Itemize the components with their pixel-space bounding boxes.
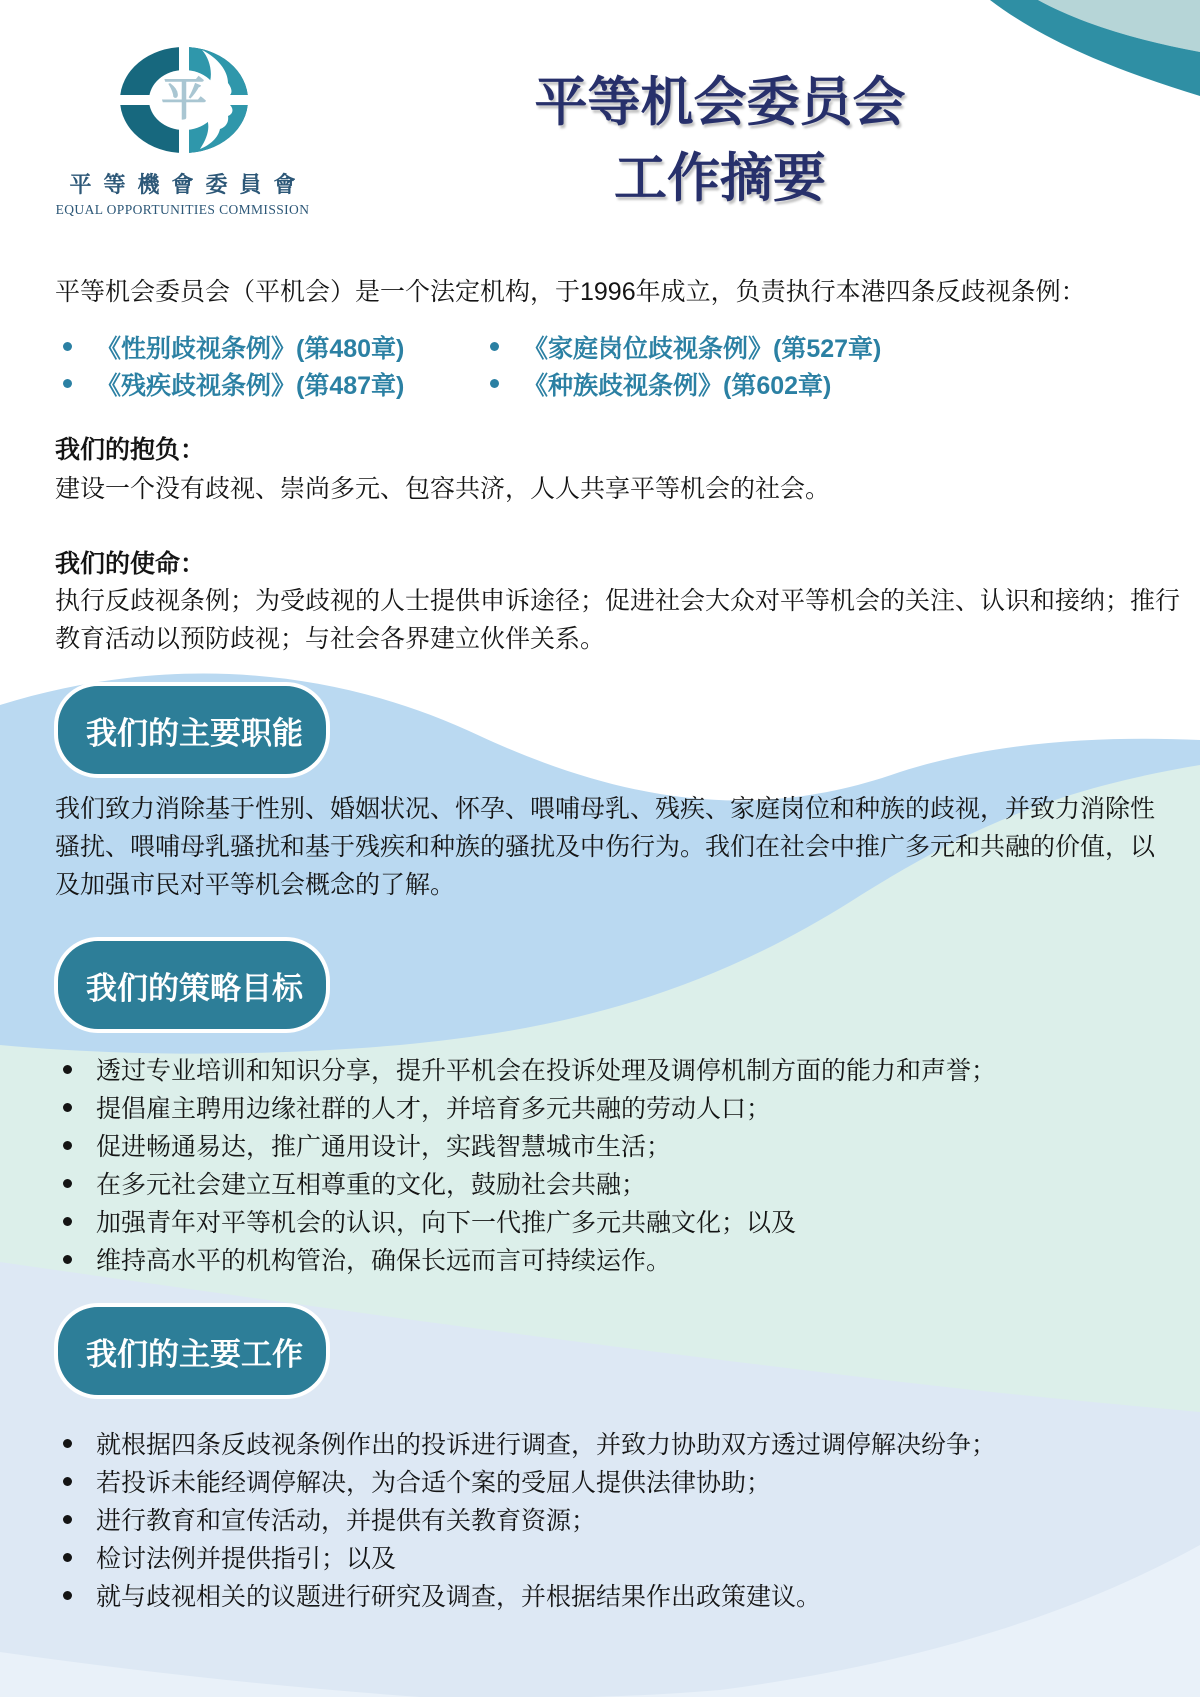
bullet-dot bbox=[490, 342, 499, 351]
work-item: 就与歧视相关的议题进行研究及调查，并根据结果作出政策建议。 bbox=[55, 1576, 821, 1614]
ordinance-item: 《性别歧视条例》(第480章) bbox=[55, 328, 404, 365]
bullet-dot bbox=[63, 342, 72, 351]
ordinance-label: 《残疾歧视条例》(第487章) bbox=[96, 366, 404, 402]
functions-line: 我们致力消除基于性别、婚姻状况、怀孕、喂哺母乳、残疾、家庭岗位和种族的歧视，并致… bbox=[55, 790, 1155, 828]
logo-ping-glyph: 平 bbox=[161, 73, 207, 125]
page-title-line2: 工作摘要 bbox=[470, 141, 970, 217]
ordinance-label: 《种族歧视条例》(第602章) bbox=[523, 366, 831, 402]
section-badge-work: 我们的主要工作 bbox=[54, 1303, 330, 1399]
mission-line: 执行反歧视条例；为受歧视的人士提供申诉途径；促进社会大众对平等机会的关注、认识和… bbox=[55, 582, 1180, 620]
ordinance-item: 《残疾歧视条例》(第487章) bbox=[55, 365, 404, 402]
vision-heading: 我们的抱负： bbox=[55, 430, 205, 466]
functions-line: 及加强市民对平等机会概念的了解。 bbox=[55, 866, 1155, 904]
bullet-dot bbox=[63, 1179, 72, 1188]
goal-label: 在多元社会建立互相尊重的文化，鼓励社会共融； bbox=[96, 1165, 646, 1201]
bullet-dot bbox=[63, 1477, 72, 1486]
functions-line: 骚扰、喂哺母乳骚扰和基于残疾和种族的骚扰及中伤行为。我们在社会中推广多元和共融的… bbox=[55, 828, 1155, 866]
work-label: 就与歧视相关的议题进行研究及调查，并根据结果作出政策建议。 bbox=[96, 1577, 821, 1613]
work-item: 就根据四条反歧视条例作出的投诉进行调查，并致力协助双方透过调停解决纷争； bbox=[55, 1424, 996, 1462]
bullet-dot bbox=[63, 1553, 72, 1562]
page: 平 平等機會委員會 EQUAL OPPORTUNITIES COMMISSION… bbox=[0, 0, 1200, 1697]
work-label: 检讨法例并提供指引；以及 bbox=[96, 1539, 396, 1575]
bullet-dot bbox=[63, 1515, 72, 1524]
goal-item: 加强青年对平等机会的认识，向下一代推广多元共融文化；以及 bbox=[55, 1202, 796, 1240]
ordinance-item: 《种族歧视条例》(第602章) bbox=[482, 365, 831, 402]
goal-item: 促进畅通易达，推广通用设计，实践智慧城市生活； bbox=[55, 1126, 671, 1164]
work-label: 若投诉未能经调停解决，为合适个案的受屈人提供法律协助； bbox=[96, 1463, 771, 1499]
bullet-dot bbox=[63, 1439, 72, 1448]
goal-label: 加强青年对平等机会的认识，向下一代推广多元共融文化；以及 bbox=[96, 1203, 796, 1239]
mission-body: 执行反歧视条例；为受歧视的人士提供申诉途径；促进社会大众对平等机会的关注、认识和… bbox=[55, 582, 1180, 658]
section-badge-functions: 我们的主要职能 bbox=[54, 682, 330, 778]
logo-name-english: EQUAL OPPORTUNITIES COMMISSION bbox=[50, 202, 315, 218]
bullet-dot bbox=[63, 1141, 72, 1150]
work-label: 进行教育和宣传活动，并提供有关教育资源； bbox=[96, 1501, 596, 1537]
goal-item: 提倡雇主聘用边缘社群的人才，并培育多元共融的劳动人口； bbox=[55, 1088, 771, 1126]
section-badge-goals: 我们的策略目标 bbox=[54, 937, 330, 1033]
ordinance-label: 《家庭岗位歧视条例》(第527章) bbox=[523, 329, 881, 365]
bullet-dot bbox=[63, 1591, 72, 1600]
intro-paragraph: 平等机会委员会（平机会）是一个法定机构，于1996年成立，负责执行本港四条反歧视… bbox=[55, 272, 1086, 308]
ordinance-label: 《性别歧视条例》(第480章) bbox=[96, 329, 404, 365]
mission-heading: 我们的使命： bbox=[55, 544, 205, 580]
goal-label: 透过专业培训和知识分享，提升平机会在投诉处理及调停机制方面的能力和声誉； bbox=[96, 1051, 996, 1087]
bullet-dot bbox=[63, 1103, 72, 1112]
bullet-dot bbox=[490, 379, 499, 388]
bullet-dot bbox=[63, 1065, 72, 1074]
eoc-logo: 平 平等機會委員會 EQUAL OPPORTUNITIES COMMISSION bbox=[50, 36, 315, 216]
eoc-logo-icon: 平 bbox=[50, 36, 315, 166]
work-label: 就根据四条反歧视条例作出的投诉进行调查，并致力协助双方透过调停解决纷争； bbox=[96, 1425, 996, 1461]
goal-label: 促进畅通易达，推广通用设计，实践智慧城市生活； bbox=[96, 1127, 671, 1163]
bullet-dot bbox=[63, 1255, 72, 1264]
work-item: 进行教育和宣传活动，并提供有关教育资源； bbox=[55, 1500, 596, 1538]
goal-item: 维持高水平的机构管治，确保长远而言可持续运作。 bbox=[55, 1240, 671, 1278]
page-title-line1: 平等机会委员会 bbox=[470, 65, 970, 141]
vision-body: 建设一个没有歧视、崇尚多元、包容共济，人人共享平等机会的社会。 bbox=[55, 469, 830, 505]
ordinance-item: 《家庭岗位歧视条例》(第527章) bbox=[482, 328, 881, 365]
goal-item: 透过专业培训和知识分享，提升平机会在投诉处理及调停机制方面的能力和声誉； bbox=[55, 1050, 996, 1088]
page-title: 平等机会委员会 工作摘要 bbox=[470, 65, 970, 217]
bullet-dot bbox=[63, 1217, 72, 1226]
functions-paragraph: 我们致力消除基于性别、婚姻状况、怀孕、喂哺母乳、残疾、家庭岗位和种族的歧视，并致… bbox=[55, 790, 1155, 904]
logo-name-chinese: 平等機會委員會 bbox=[50, 168, 315, 199]
work-item: 若投诉未能经调停解决，为合适个案的受屈人提供法律协助； bbox=[55, 1462, 771, 1500]
work-item: 检讨法例并提供指引；以及 bbox=[55, 1538, 396, 1576]
goal-item: 在多元社会建立互相尊重的文化，鼓励社会共融； bbox=[55, 1164, 646, 1202]
mission-line: 教育活动以预防歧视；与社会各界建立伙伴关系。 bbox=[55, 620, 1180, 658]
goal-label: 维持高水平的机构管治，确保长远而言可持续运作。 bbox=[96, 1241, 671, 1277]
goal-label: 提倡雇主聘用边缘社群的人才，并培育多元共融的劳动人口； bbox=[96, 1089, 771, 1125]
bullet-dot bbox=[63, 379, 72, 388]
